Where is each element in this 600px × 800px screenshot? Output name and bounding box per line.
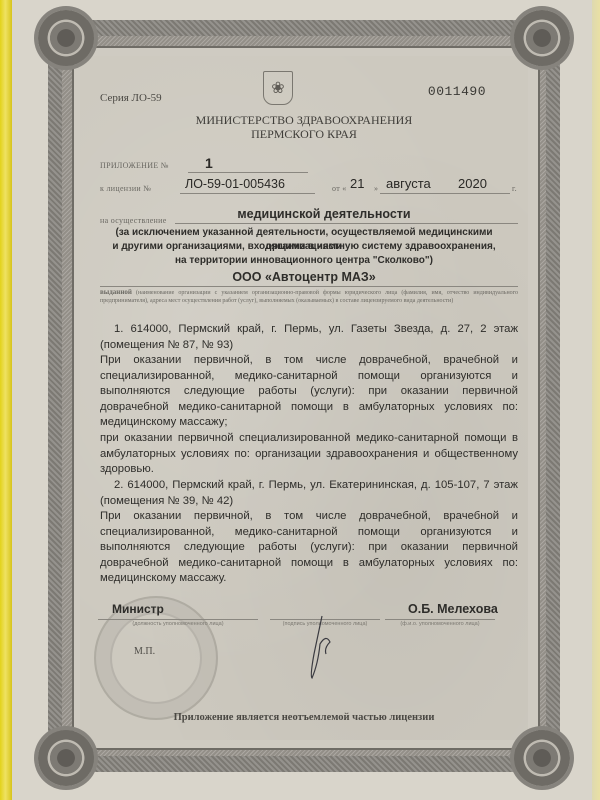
ministry-region: ПЕРМСКОГО КРАЯ: [80, 127, 528, 141]
underline: [385, 619, 495, 620]
services-1: При оказании первичной, в том числе довр…: [100, 353, 518, 431]
underline: [188, 172, 308, 173]
signer-position-caption: (должность уполномоченного лица): [98, 621, 258, 627]
issued-label: выданной: [100, 288, 132, 296]
signer-position: Министр: [112, 602, 164, 616]
license-appendix: ❀ Серия ЛО-59 0011490 МИНИСТЕРСТВО ЗДРАВ…: [80, 56, 528, 740]
underline: [100, 286, 518, 287]
yellow-background-edge: [0, 0, 12, 800]
date-from-label: от «: [332, 184, 347, 193]
date-month: августа: [386, 176, 431, 191]
signer-name: О.Б. Мелехова: [408, 602, 498, 616]
services-2: При оказании первичной, в том числе довр…: [100, 509, 518, 587]
handwritten-signature: [292, 614, 342, 684]
organization-name: ООО «Автоцентр МАЗ»: [80, 270, 528, 284]
underline: [180, 193, 315, 194]
year-suffix: г.: [512, 184, 517, 193]
background-edge-right: [592, 0, 600, 800]
appendix-label: ПРИЛОЖЕНИЕ №: [100, 161, 169, 170]
date-year: 2020: [458, 176, 487, 191]
license-number: ЛО-59-01-005436: [185, 177, 285, 191]
appendix-number: 1: [205, 155, 213, 171]
date-day: 21: [350, 176, 364, 191]
address-2: 2. 614000, Пермский край, г. Пермь, ул. …: [100, 478, 518, 509]
exclusion-line-2: и другими организациями, входящими в час…: [80, 240, 528, 254]
date-day-close: »: [374, 184, 378, 193]
series-label: Серия ЛО-59: [100, 92, 162, 104]
ministry-title: МИНИСТЕРСТВО ЗДРАВООХРАНЕНИЯ: [80, 113, 528, 127]
exclusion-line-3: на территории инновационного центра "Ско…: [80, 254, 528, 268]
stamp-place-label: М.П.: [134, 646, 155, 657]
underline: [175, 223, 518, 224]
activity-type: медицинской деятельности: [120, 207, 528, 221]
underline: [98, 619, 258, 620]
issued-note-text: (наименование организации с указанием ор…: [100, 290, 518, 304]
blank-number: 0011490: [428, 84, 486, 99]
coat-of-arms-icon: ❀: [263, 71, 293, 105]
signer-name-caption: (ф.и.о. уполномоченного лица): [385, 621, 495, 627]
services-1-specialized: при оказании первичной специализированно…: [100, 431, 518, 478]
issued-note: выданной (наименование организации с ука…: [100, 288, 518, 305]
underline: [380, 193, 510, 194]
footer-note: Приложение является неотъемлемой частью …: [80, 712, 528, 723]
license-label: к лицензии №: [100, 184, 151, 193]
address-1: 1. 614000, Пермский край, г. Пермь, ул. …: [100, 322, 518, 353]
